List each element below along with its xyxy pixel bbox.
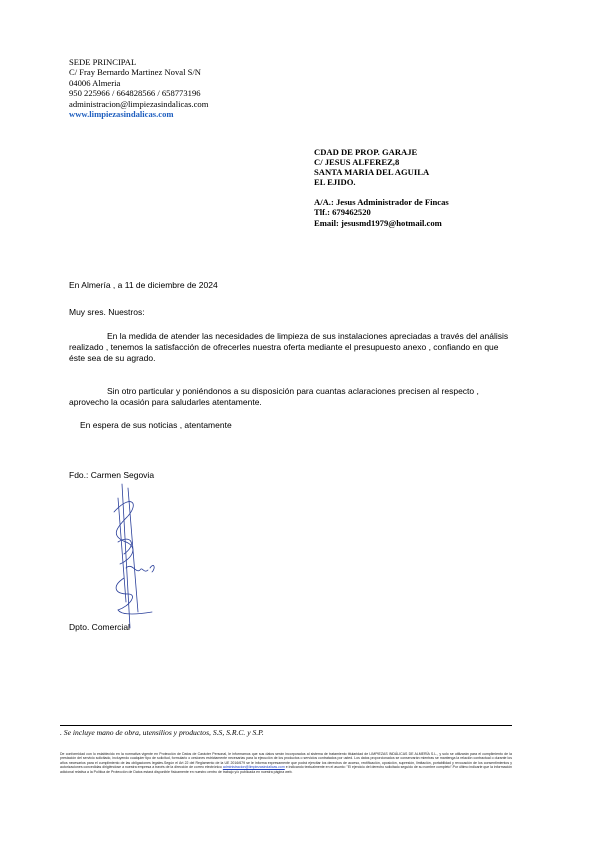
- sender-office-label: SEDE PRINCIPAL: [69, 57, 208, 67]
- handwritten-signature: [100, 482, 170, 630]
- signed-by: Fdo.: Carmen Segovia: [69, 470, 154, 480]
- recipient-name: CDAD DE PROP. GARAJE: [314, 147, 449, 157]
- sender-website-link[interactable]: www.limpiezasindalicas.com: [69, 109, 208, 119]
- sender-phones: 950 225966 / 664828566 / 658773196: [69, 88, 208, 98]
- recipient-email: Email: jesusmd1979@hotmail.com: [314, 218, 449, 228]
- recipient-locality: SANTA MARIA DEL AGUILA: [314, 167, 449, 177]
- letter-paragraph-1: En la medida de atender las necesidades …: [69, 331, 509, 364]
- recipient-block: CDAD DE PROP. GARAJE C/ JESUS ALFEREZ,8 …: [314, 147, 449, 228]
- privacy-email-link[interactable]: administracion@limpiezasindalicas.com: [223, 765, 285, 769]
- sender-street: C/ Fray Bernardo Martinez Noval S/N: [69, 67, 208, 77]
- sender-email: administracion@limpiezasindalicas.com: [69, 99, 208, 109]
- recipient-attention: A/A.: Jesus Administrador de Fincas: [314, 197, 449, 207]
- sender-city: 04006 Almeria: [69, 78, 208, 88]
- recipient-town: EL EJIDO.: [314, 177, 449, 187]
- recipient-phone: Tlf.: 679462520: [314, 207, 449, 217]
- letter-date: En Almería , a 11 de diciembre de 2024: [69, 280, 218, 291]
- letter-paragraph-2: Sin otro particular y poniéndonos a su d…: [69, 386, 509, 408]
- recipient-street: C/ JESUS ALFEREZ,8: [314, 157, 449, 167]
- sender-block: SEDE PRINCIPAL C/ Fray Bernardo Martinez…: [69, 57, 208, 119]
- department-label: Dpto. Comercial: [69, 622, 130, 632]
- letter-salutation: Muy sres. Nuestros:: [69, 307, 145, 318]
- footer-inclusion-note: . Se incluye mano de obra, utensilios y …: [60, 728, 264, 737]
- privacy-notice: De conformidad con lo establecido en la …: [60, 752, 512, 774]
- footer-divider: [60, 725, 512, 726]
- letter-closing: En espera de sus noticias , atentamente: [80, 420, 232, 431]
